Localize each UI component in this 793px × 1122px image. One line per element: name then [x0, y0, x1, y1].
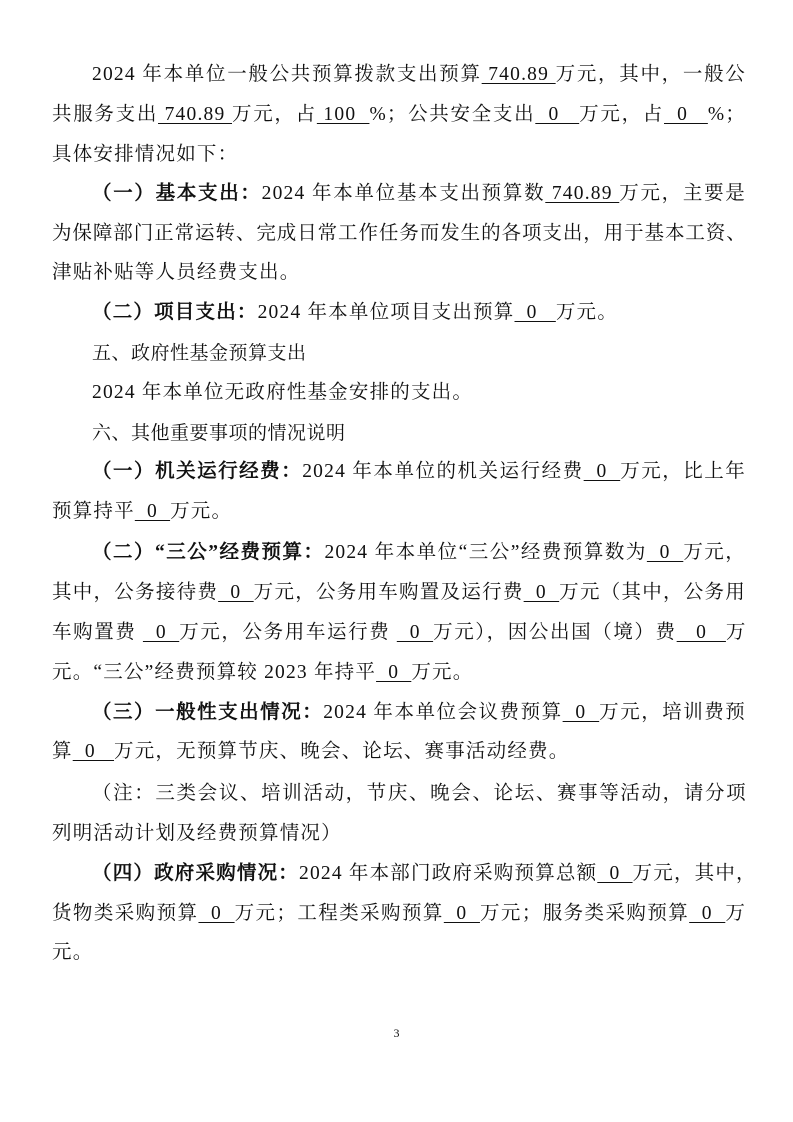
- value-vehicle: 0: [524, 582, 560, 603]
- value-project: 0: [515, 302, 556, 323]
- text: 预算持平: [52, 501, 135, 522]
- text: 万元，其中，: [633, 863, 757, 884]
- text-line: 元。“三公”经费预算较 2023 年持平 0 万元。: [52, 660, 746, 686]
- text: 2024 年本单位基本支出预算数: [262, 183, 546, 204]
- section-label-project: （二）项目支出：: [92, 302, 258, 323]
- note-line: （注：三类会议、培训活动，节庆、晚会、论坛、赛事等活动，请分项: [92, 781, 746, 807]
- text: 万元，无预算节庆、晚会、论坛、赛事活动经费。: [114, 741, 569, 762]
- section-label-basic: （一）基本支出：: [92, 183, 262, 204]
- value-public-safety-pct: 0: [664, 104, 708, 125]
- text: 万元，占: [579, 104, 664, 125]
- section-label-operating: （一）机关运行经费：: [92, 461, 302, 482]
- value-public-safety: 0: [535, 104, 579, 125]
- value-training: 0: [73, 741, 114, 762]
- value-vehicle-operation: 0: [397, 622, 433, 643]
- value-reception: 0: [218, 582, 254, 603]
- text-line: （一）机关运行经费：2024 年本单位的机关运行经费 0 万元，比上年: [92, 459, 746, 485]
- text: 万元；工程类采购预算: [235, 903, 444, 924]
- value-public-service-pct: 100: [317, 104, 370, 125]
- section-heading-6: 六、其他重要事项的情况说明: [92, 420, 746, 446]
- text: 万元，公务用车购置及运行费: [254, 582, 524, 603]
- text-line: 共服务支出 740.89 万元，占 100 %；公共安全支出 0 万元，占 0 …: [52, 102, 746, 128]
- text: 万: [725, 903, 746, 924]
- text: 2024 年本单位项目支出预算: [258, 302, 515, 323]
- page-number: 3: [0, 1026, 793, 1041]
- text-line: 津贴补贴等人员经费支出。: [52, 260, 746, 286]
- value-goods: 0: [198, 903, 234, 924]
- text: 2024 年本部门政府采购预算总额: [299, 863, 597, 884]
- value-public-service: 740.89: [158, 104, 232, 125]
- text: 万元；服务类采购预算: [480, 903, 689, 924]
- text-line: 2024 年本单位一般公共预算拨款支出预算 740.89 万元，其中，一般公: [92, 62, 746, 88]
- text: 万元，主要是: [619, 183, 746, 204]
- text: 货物类采购预算: [52, 903, 198, 924]
- text: 2024 年本单位“三公”经费预算数为: [324, 542, 646, 563]
- text: 万元。: [556, 302, 618, 323]
- text: 万元，培训费预: [599, 702, 746, 723]
- value-overseas: 0: [677, 622, 726, 643]
- text: 2024 年本单位会议费预算: [323, 702, 562, 723]
- text: 车购置费: [52, 622, 143, 643]
- text: 津贴补贴等人员经费支出。: [52, 262, 300, 283]
- value-engineering: 0: [444, 903, 480, 924]
- text-line: 货物类采购预算 0 万元；工程类采购预算 0 万元；服务类采购预算 0 万: [52, 901, 746, 927]
- value-operating: 0: [584, 461, 621, 482]
- text: 万元，占: [232, 104, 317, 125]
- text: 万元。: [411, 662, 473, 683]
- text: %；公共安全支出: [369, 104, 535, 125]
- section-label-three-public: （二）“三公”经费预算：: [92, 542, 324, 563]
- text-line: （三）一般性支出情况：2024 年本单位会议费预算 0 万元，培训费预: [92, 700, 746, 726]
- text-line: 预算持平 0 万元。: [52, 499, 746, 525]
- text-line: 为保障部门正常运转、完成日常工作任务而发生的各项支出，用于基本工资、: [52, 221, 746, 247]
- value-procurement-total: 0: [597, 863, 632, 884]
- value-meeting: 0: [563, 702, 600, 723]
- text: 万元。: [170, 501, 232, 522]
- text: 万元（其中，公务用: [559, 582, 746, 603]
- note-line: 列明活动计划及经费预算情况）: [52, 821, 746, 847]
- text: 万元，公务用车运行费: [179, 622, 397, 643]
- section-label-procurement: （四）政府采购情况：: [92, 863, 299, 884]
- text: %；: [708, 104, 746, 125]
- value-three-public-change: 0: [376, 662, 411, 683]
- text: 其中，公务接待费: [52, 582, 218, 603]
- text: 万元，比上年: [620, 461, 746, 482]
- value-services: 0: [689, 903, 725, 924]
- text-line: （一）基本支出：2024 年本单位基本支出预算数 740.89 万元，主要是: [92, 181, 746, 207]
- text: 算: [52, 741, 73, 762]
- section-heading-5: 五、政府性基金预算支出: [92, 340, 746, 366]
- text-line: 2024 年本单位无政府性基金安排的支出。: [92, 380, 746, 406]
- value-basic: 740.89: [545, 183, 619, 204]
- value-general-public-budget: 740.89: [482, 64, 556, 85]
- text-line: 其中，公务接待费 0 万元，公务用车购置及运行费 0 万元（其中，公务用: [52, 580, 746, 606]
- text: 具体安排情况如下：: [52, 144, 238, 165]
- text: 2024 年本单位的机关运行经费: [302, 461, 583, 482]
- text-line: 车购置费 0 万元，公务用车运行费 0 万元），因公出国（境）费 0 万: [52, 620, 746, 646]
- value-three-public-total: 0: [647, 542, 683, 563]
- text: 万元，其中，一般公: [556, 64, 746, 85]
- text: 万: [726, 622, 746, 643]
- text: 2024 年本单位一般公共预算拨款支出预算: [92, 64, 482, 85]
- text-line: （二）“三公”经费预算：2024 年本单位“三公”经费预算数为 0 万元，: [92, 540, 746, 566]
- text: 元。: [52, 942, 93, 963]
- section-label-general: （三）一般性支出情况：: [92, 702, 323, 723]
- text-line: 元。: [52, 940, 746, 966]
- text-line: （四）政府采购情况：2024 年本部门政府采购预算总额 0 万元，其中，: [92, 861, 746, 887]
- text: 元。“三公”经费预算较 2023 年持平: [52, 662, 376, 683]
- text-line: 算 0 万元，无预算节庆、晚会、论坛、赛事活动经费。: [52, 739, 746, 765]
- value-operating-change: 0: [135, 501, 170, 522]
- text: 共服务支出: [52, 104, 158, 125]
- text: 万元），因公出国（境）费: [433, 622, 677, 643]
- text-line: （二）项目支出：2024 年本单位项目支出预算 0 万元。: [92, 300, 746, 326]
- text: 为保障部门正常运转、完成日常工作任务而发生的各项支出，用于基本工资、: [52, 223, 746, 244]
- value-vehicle-purchase: 0: [143, 622, 179, 643]
- text-line: 具体安排情况如下：: [52, 142, 746, 168]
- text: 万元，: [683, 542, 746, 563]
